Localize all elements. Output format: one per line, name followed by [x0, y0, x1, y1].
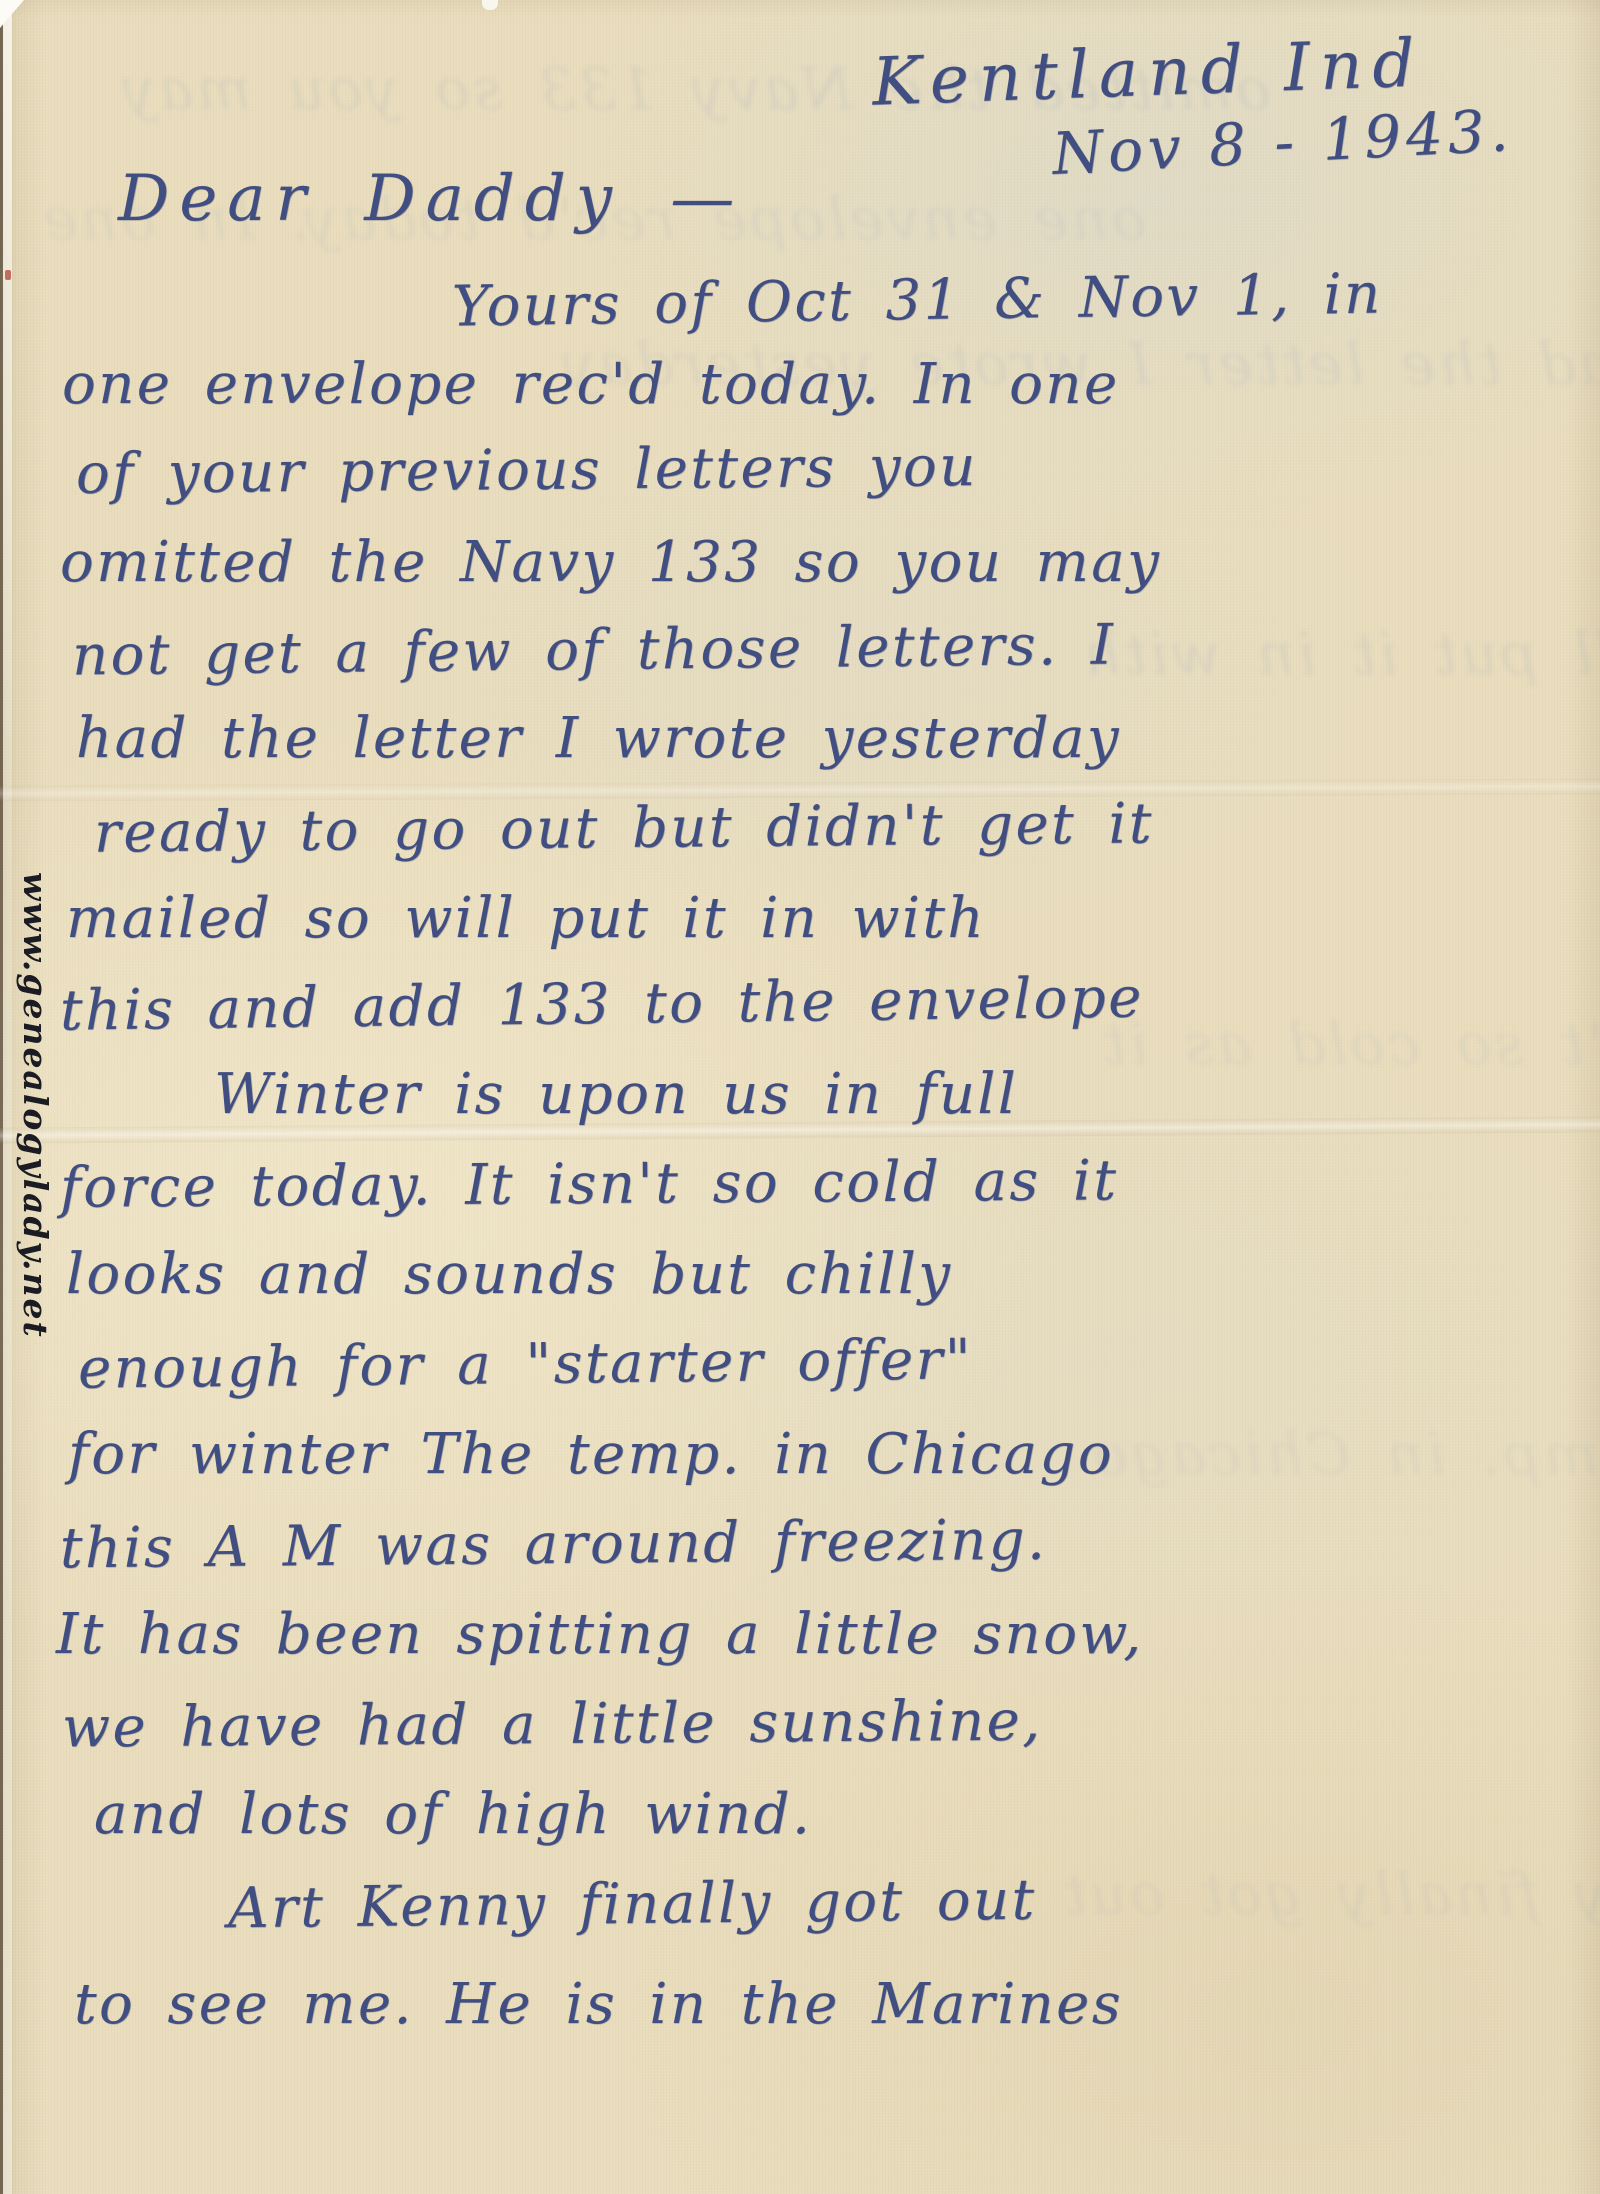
ink-bleed-ghost: Art Kenny finally got out	[1060, 1860, 1600, 1928]
letter-line-3: of your previous letters you	[76, 434, 978, 507]
red-speck-mark	[5, 270, 11, 280]
letter-line-14: for winter The temp. in Chicago	[68, 1422, 1114, 1487]
salutation: Dear Daddy —	[118, 162, 744, 236]
letter-line-7: ready to go out but didn't get it	[94, 791, 1154, 865]
paper-edge-strip	[3, 0, 12, 2194]
ink-bleed-ghost: for winter The temp. in Chicago	[1090, 1420, 1600, 1488]
ink-bleed-ghost: mailed so will put it in with	[1080, 620, 1600, 688]
letter-line-19: Art Kenny finally got out	[228, 1868, 1037, 1941]
letter-line-4: omitted the Navy 133 so you may	[60, 530, 1161, 595]
letter-line-20: to see me. He is in the Marines	[74, 1972, 1123, 2037]
letter-line-18: and lots of high wind.	[94, 1782, 812, 1847]
letter-line-13: enough for a "starter offer"	[78, 1327, 974, 1401]
letter-line-17: we have had a little sunshine,	[62, 1689, 1043, 1761]
letter-line-8: mailed so will put it in with	[66, 886, 986, 951]
letter-line-9: this and add 133 to the envelope	[60, 965, 1145, 1043]
watermark-url: www.genealogylady.net	[16, 872, 55, 1372]
letter-line-6: had the letter I wrote yesterday	[76, 706, 1121, 771]
letter-line-11: force today. It isn't so cold as it	[60, 1148, 1119, 1220]
letter-line-1: Yours of Oct 31 & Nov 1, in	[452, 262, 1383, 340]
letter-line-12: looks and sounds but chilly	[66, 1242, 952, 1307]
top-edge-notch	[482, 0, 498, 10]
letter-line-2: one envelope rec'd today. In one	[62, 352, 1120, 417]
letter-line-15: this A M was around freezing.	[60, 1508, 1048, 1582]
ink-bleed-ghost: force today. It isn't so cold as it	[1100, 1010, 1600, 1078]
letter-line-16: It has been spitting a little snow,	[56, 1602, 1144, 1667]
scanned-letter-page: omitted the Navy 133 so you may one enve…	[0, 0, 1600, 2194]
corner-notch	[0, 0, 24, 28]
letter-line-10: Winter is upon us in full	[214, 1062, 1018, 1127]
letter-line-5: not get a few of those letters. I	[72, 613, 1116, 689]
